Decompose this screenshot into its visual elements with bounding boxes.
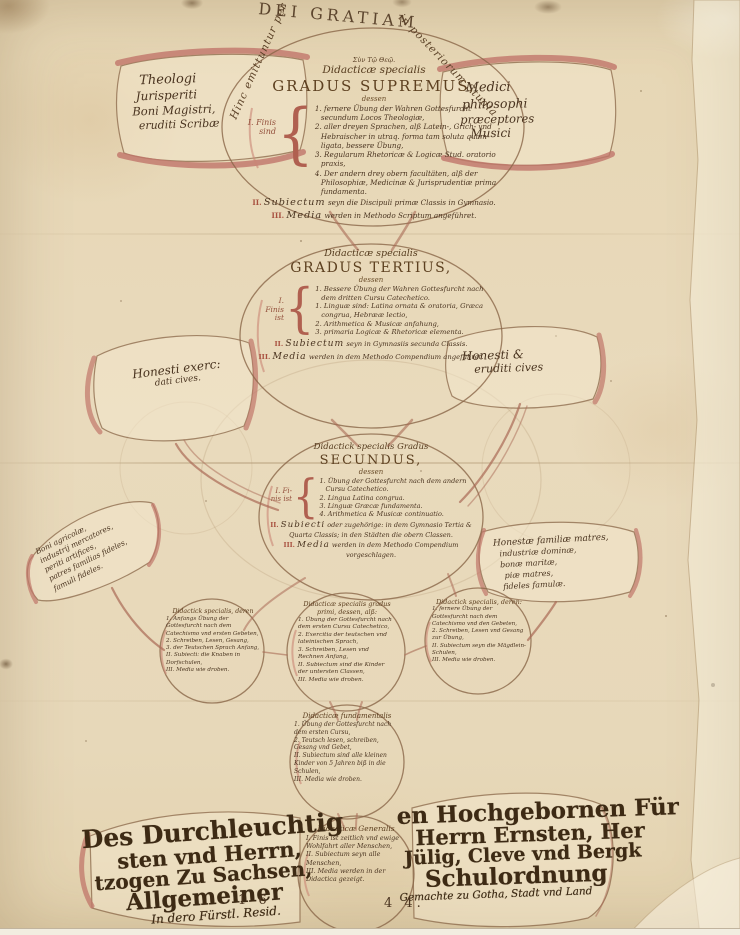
media-word: Media [286,210,322,221]
scroll-mid-right-text: Honesti & eruditi cives [462,345,593,377]
subiectum-numeral: II. [270,521,278,529]
circle-line: II. Subiecti: die Knaben in Dorfschulen, [166,652,260,667]
circle-line: III. Media wie droben. [298,677,396,685]
finis-item: 1. Übung der Gottesfurcht nach dem ander… [319,477,474,494]
circle-line: 2. Exercitia der teutschen vnd lateinisc… [298,632,396,647]
media-text: werden in Methodo Scriptum angeführet. [325,211,477,220]
greek-motto: Σὺν Τῷ Θεῷ. [240,56,508,64]
circle-line: 1. Übung der Gottesfurcht nach dem erste… [294,721,400,737]
circle-line: 1. Anfangs Übung der Gottesfurcht nach d… [166,616,260,638]
circle-line: 1. Übung der Gottesfurcht nach dem erste… [298,617,396,632]
torn-edge [688,0,740,935]
scan-bottom-edge [0,928,740,935]
circle-small-left: Didactick specialis, deren 1. Anfangs Üb… [166,608,260,674]
circle-title: GRADUS TERTIUS, [258,260,484,276]
circle-title: Didacticæ fundamentalis [294,712,400,721]
circle-gradus-supremus: Σὺν Τῷ Θεῷ. Didacticæ specialis GRADUS S… [240,56,508,222]
circle-line: 3. Schreiben, Lesen vnd Rechnen Anfang, [298,647,396,662]
finis-item: 3. Regularum Rhetoricæ & Logicæ Stud. or… [315,150,508,168]
circle-line: II. Subiectum sind alle kleinen Kinder v… [294,752,400,775]
circle-line: 1. fernere Übung der Gottesfurcht nach d… [432,606,526,628]
circle-line: 3. der Teutschen Sprach Anfang, [166,645,260,652]
media-text: werden in dem Methodo Compendium angefüh… [309,353,484,361]
finis-label: I. Finis sind [240,104,276,136]
subiectum-text: seyn die Discipuli primæ Classis in Gymn… [328,198,496,207]
scroll-top-left-text: Theologi Jurisperiti Boni Magistri, erud… [131,71,220,133]
finis-label: I. Finis ist [258,285,284,323]
finis-item: 2. Lingua Latina congrua. [319,494,474,502]
arc-text-dei-gratiam: DEI GRATIAM [258,0,419,32]
circle-line: 2. Teutsch lesen, schreiben, Gesang vnd … [294,737,400,753]
finis-brace: { [293,474,318,520]
finis-brace: { [285,282,314,335]
circle-title: Didacticæ specialis gradus primi, dessen… [298,600,396,617]
circle-subtitle: Didacticæ specialis [240,64,508,76]
circle-line: III. Media wie droben. [166,667,260,674]
circle-small-middle: Didacticæ specialis gradus primi, dessen… [298,600,396,684]
subiectum-numeral: II. [274,340,283,348]
scroll-low-right-text: Honestæ familiæ matres, industriæ dominæ… [493,530,636,593]
media-text: werden in dem Methodo Compendium vorgesc… [332,541,459,559]
media-numeral: III. [284,541,295,549]
circle-title: SECUNDUS, [268,453,474,468]
finis-label: I. Fi- nis ist [268,477,292,503]
circle-small-right: Didactick specialis, deren: 1. fernere Ü… [432,598,526,664]
finis-item: 4. Der andern drey obern facultäten, alß… [315,169,508,197]
finis-brace: { [277,100,314,167]
finis-item: 2. Arithmetica & Musicæ anfahung, [315,320,484,329]
finis-item: 2. aller dreyen Sprachen, alß Latein-, G… [315,122,508,150]
circle-line: 2. Schreiben, Lesen vnd Gesang zur Übung… [432,628,526,643]
scroll-line: eruditi Scribæ [139,116,220,133]
finis-item: 4. Arithmetica & Musicæ continuatio. [319,510,474,518]
subiectum-word: Subiectum [264,197,326,208]
subiectum-text: seyn in Gymnasiis secunda Classis. [346,340,467,348]
circle-gradus-tertius: Didacticæ specialis GRADUS TERTIUS, dess… [258,248,484,362]
circle-gradus-secundus: Didactick specialis Gradus SECUNDUS, des… [268,442,474,559]
finis-item: 3. Linguæ Græcæ fundamenta. [319,502,474,510]
circle-fundamentalis: Didacticæ fundamentalis 1. Übung der Got… [294,712,400,783]
media-numeral: III. [272,211,285,220]
circle-line: 2. Schreiben, Lesen, Gesang, [166,638,260,645]
subiectum-word: Subiectum [285,338,344,349]
circle-line: III. Media wie droben. [432,657,526,664]
date-fragment-right: 4 4. [384,896,425,911]
circle-line: II. Subiectum sind die Kinder der unters… [298,662,396,677]
finis-item: 1. Linguæ sind: Latina ornata & oratoria… [315,302,484,319]
footer-dedication-right: en Hochgebornen Für Herrn Ernsten, Her J… [396,795,682,903]
media-word: Media [273,351,307,362]
media-word: Media [297,540,330,550]
finis-item: 1. Bessere Übung der Wahren Gottesfurcht… [315,285,484,302]
finis-item: 3. primaria Logicæ & Rhetoricæ elementa. [315,328,484,337]
circle-line: III. Media wie droben. [294,776,400,784]
circle-line: II. Subiectum seyn die Mägdlein-Schulen, [432,643,526,658]
footer-dedication-left: Des Durchleuchtig sten vnd Herrn, tzogen… [81,809,350,930]
circle-subtitle: Didactick specialis Gradus [268,442,474,452]
date-fragment-left: 1 6 [238,893,271,908]
circle-subtitle: Didacticæ specialis [258,248,484,259]
finis-item: 1. fernere Übung der Wahren Gottesfurcht… [315,104,508,122]
circle-title: GRADUS SUPREMUS, [240,77,508,95]
media-numeral: III. [258,353,270,361]
subiectum-numeral: II. [252,198,261,207]
circle-title: Didactick specialis, deren [166,608,260,616]
manuscript-page: Hinc emittuntur per DEI GRATIAM in poste… [0,0,740,935]
